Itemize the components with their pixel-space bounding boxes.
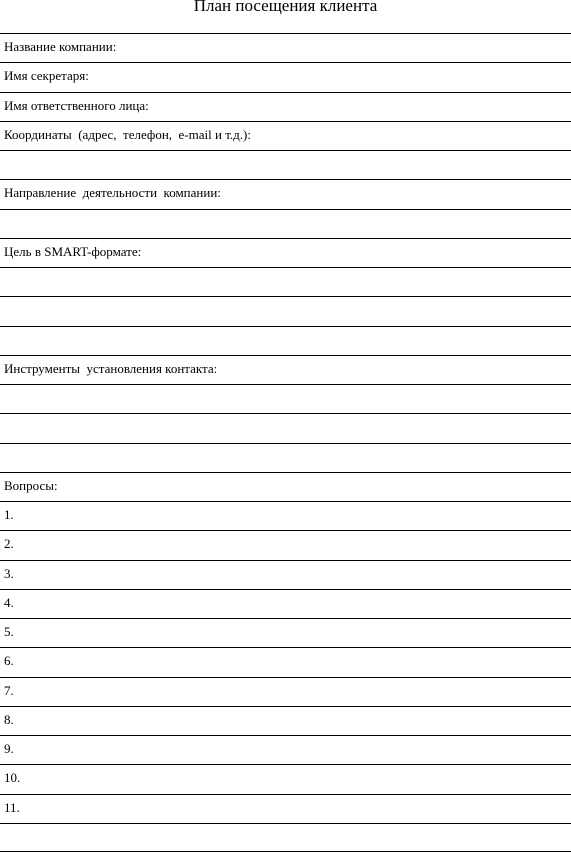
form-field-line[interactable]: 2. bbox=[0, 530, 571, 559]
form-field-line[interactable]: Цель в SMART-формате: bbox=[0, 238, 571, 267]
blank-line[interactable] bbox=[0, 443, 571, 472]
document-title: План посещения клиента bbox=[0, 0, 571, 14]
form-field-line[interactable]: 3. bbox=[0, 560, 571, 589]
blank-line[interactable] bbox=[0, 209, 571, 238]
form-field-line[interactable]: 4. bbox=[0, 589, 571, 618]
form-lines: Название компании:Имя секретаря:Имя отве… bbox=[0, 33, 571, 852]
blank-line[interactable] bbox=[0, 384, 571, 413]
form-field-line[interactable]: Направление деятельности компании: bbox=[0, 179, 571, 208]
blank-line[interactable] bbox=[0, 413, 571, 442]
form-field-line[interactable]: 9. bbox=[0, 735, 571, 764]
blank-line[interactable] bbox=[0, 267, 571, 296]
form-field-line[interactable]: 5. bbox=[0, 618, 571, 647]
form-field-line[interactable]: Координаты (адрес, телефон, e-mail и т.д… bbox=[0, 121, 571, 150]
form-field-line[interactable]: Имя ответственного лица: bbox=[0, 92, 571, 121]
form-field-line[interactable]: 6. bbox=[0, 647, 571, 676]
form-field-line[interactable]: Вопросы: bbox=[0, 472, 571, 501]
blank-line[interactable] bbox=[0, 296, 571, 325]
form-field-line[interactable]: 11. bbox=[0, 794, 571, 823]
form-field-line[interactable]: 1. bbox=[0, 501, 571, 530]
form-field-line[interactable]: 8. bbox=[0, 706, 571, 735]
blank-line[interactable] bbox=[0, 150, 571, 179]
form-field-line[interactable]: Имя секретаря: bbox=[0, 62, 571, 91]
form-field-line[interactable]: 7. bbox=[0, 677, 571, 706]
form-field-line[interactable]: 10. bbox=[0, 764, 571, 793]
blank-line[interactable] bbox=[0, 823, 571, 852]
form-field-line[interactable]: Инструменты установления контакта: bbox=[0, 355, 571, 384]
blank-line[interactable] bbox=[0, 326, 571, 355]
form-field-line[interactable]: Название компании: bbox=[0, 33, 571, 62]
